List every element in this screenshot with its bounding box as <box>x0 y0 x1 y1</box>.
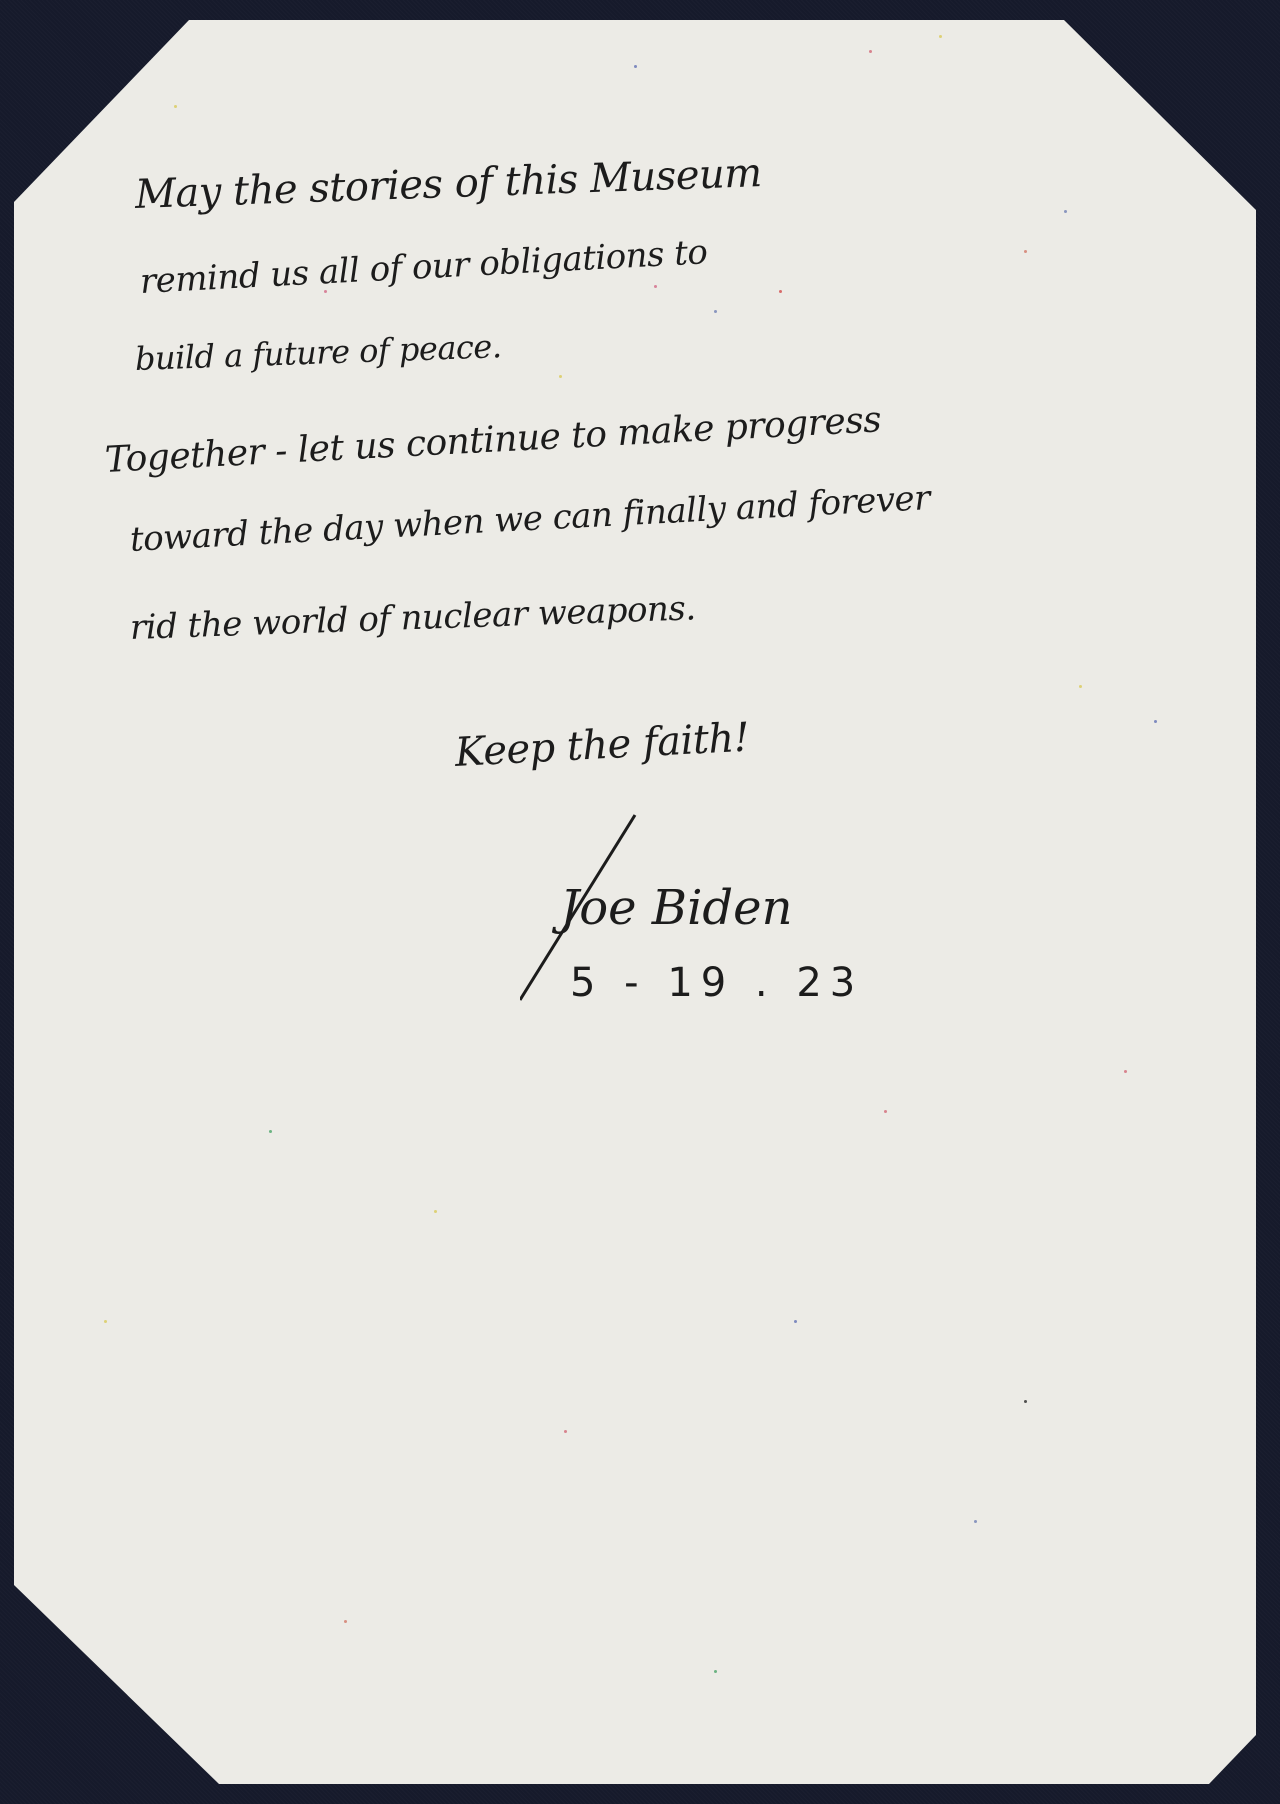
signature: Joe Biden <box>560 880 792 936</box>
signature-date: 5 - 19 . 23 <box>570 960 863 1006</box>
